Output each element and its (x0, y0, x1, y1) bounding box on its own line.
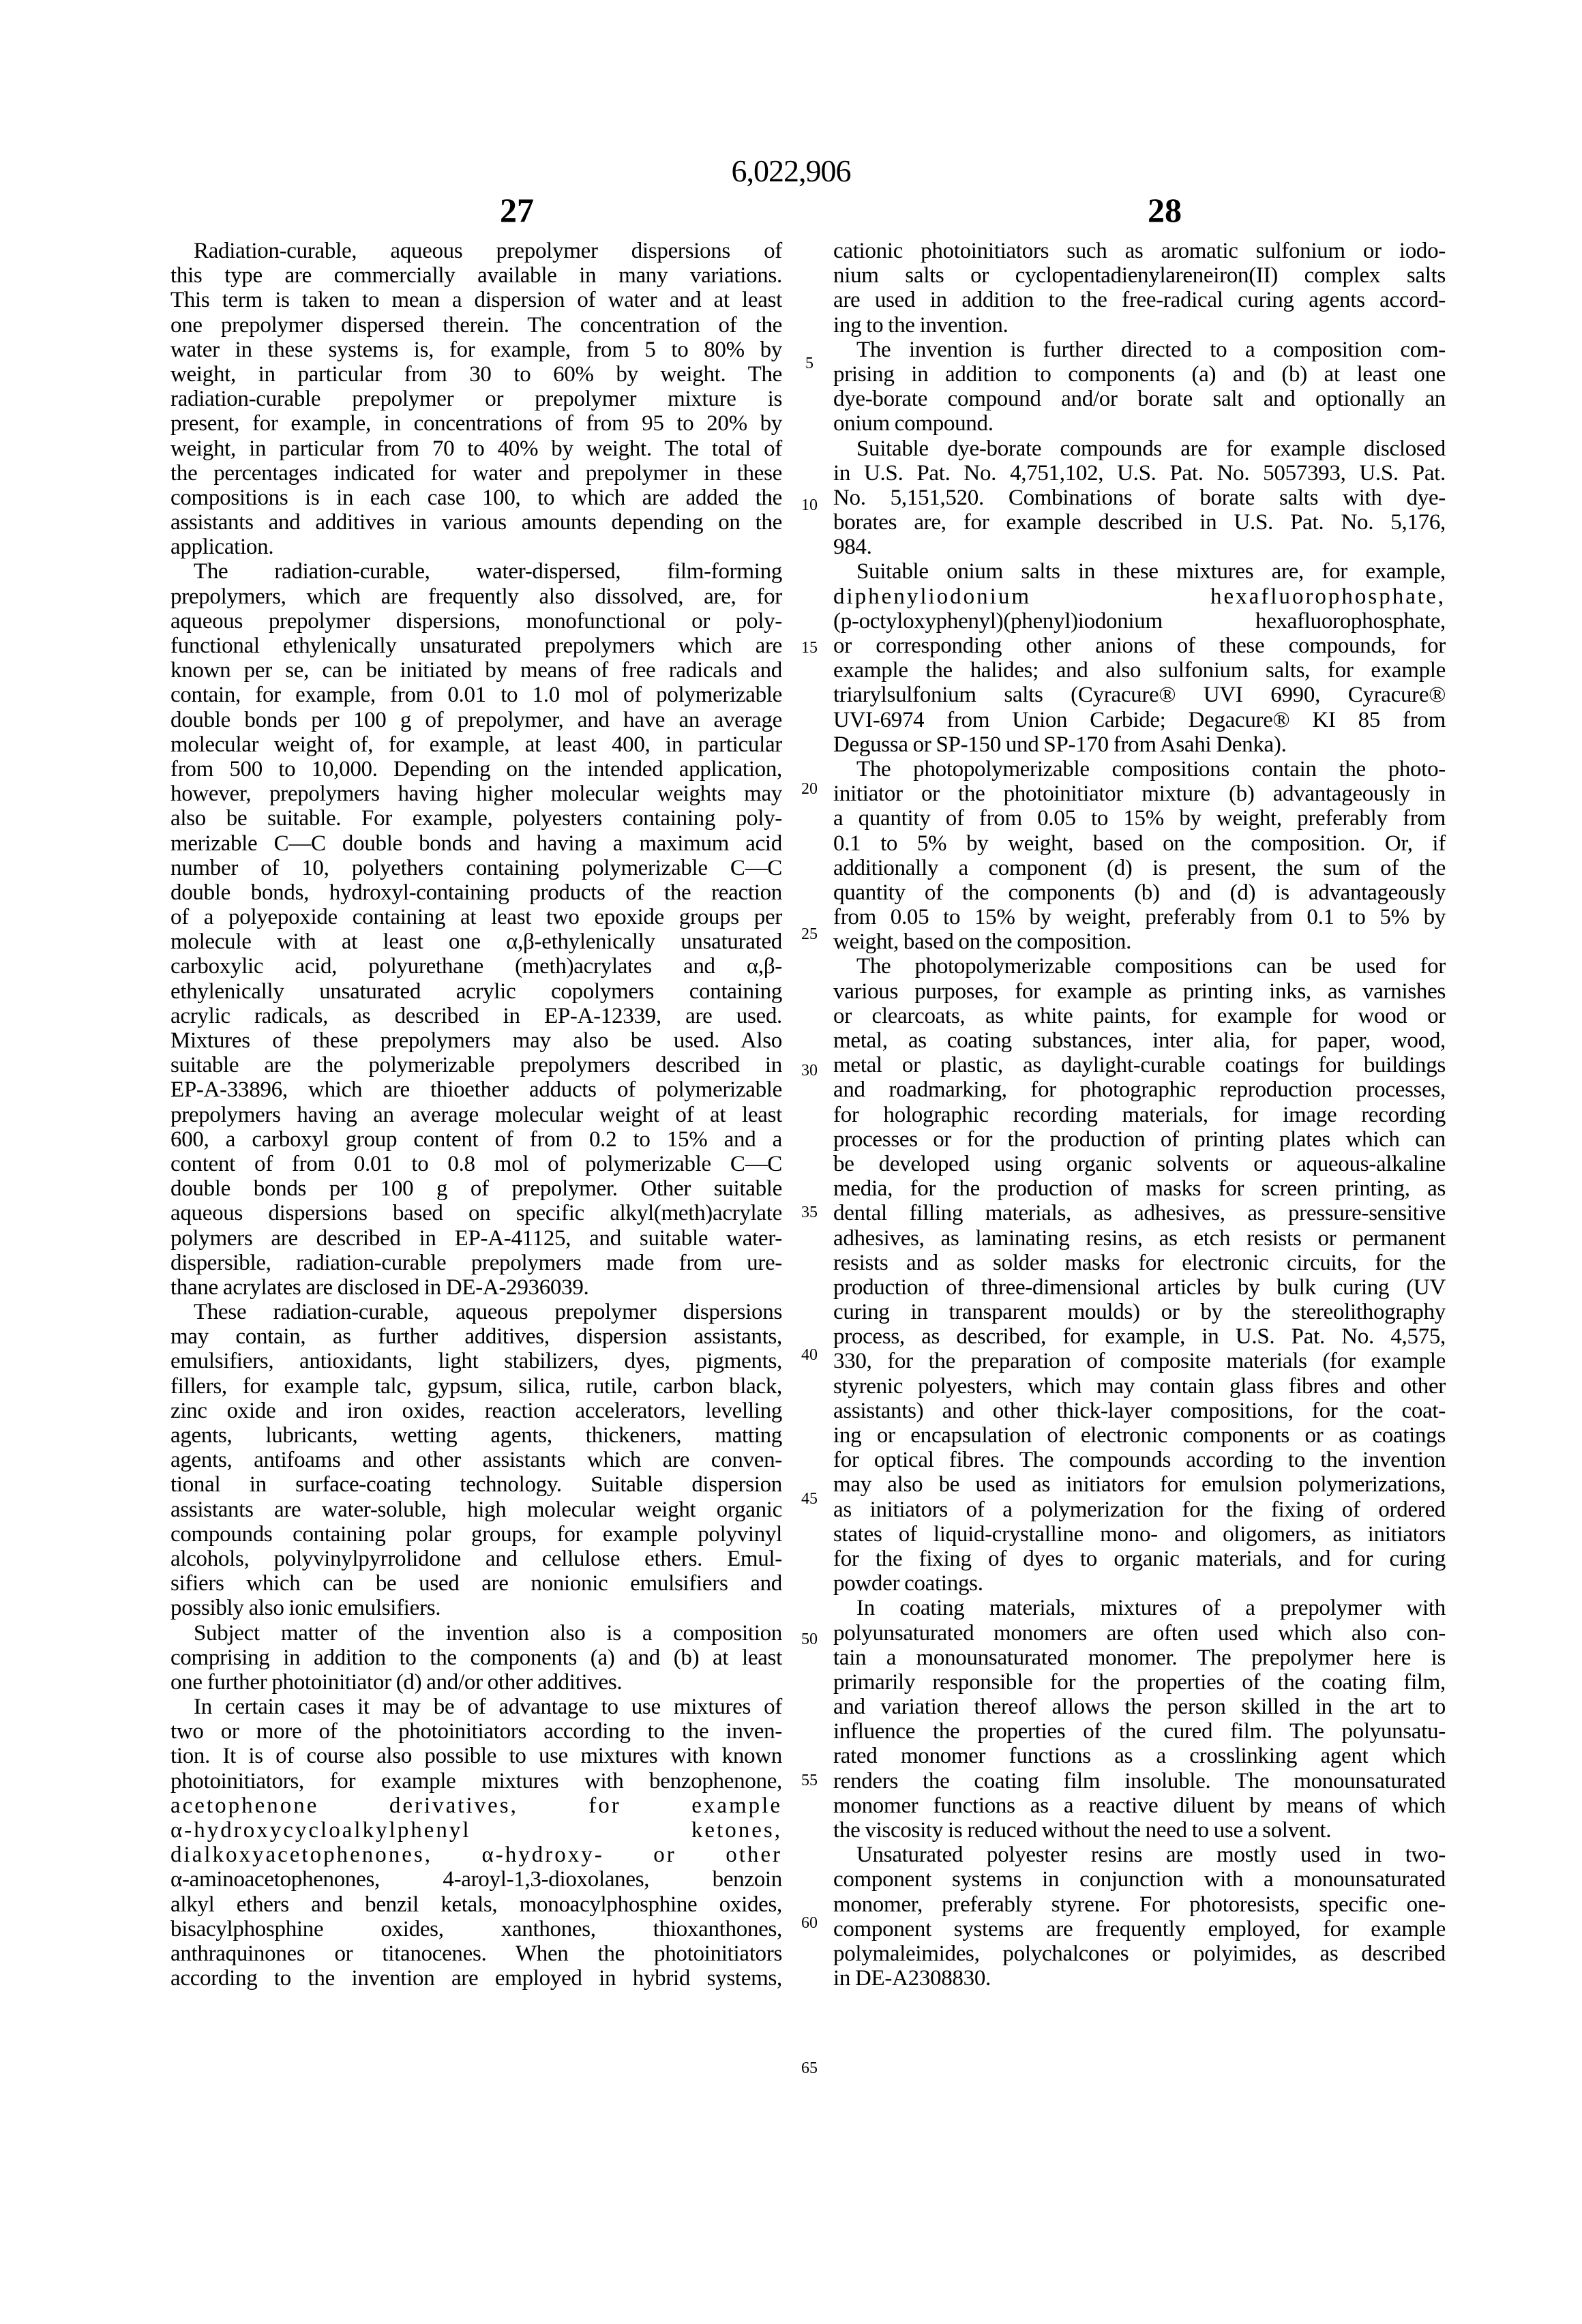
text-line: merizable C—C double bonds and having a … (170, 831, 782, 856)
text-line: a quantity of from 0.05 to 15% by weight… (833, 806, 1446, 831)
text-line: also be suitable. For example, polyester… (170, 806, 782, 831)
text-line: acrylic radicals, as described in EP-A-1… (170, 1004, 782, 1028)
text-line: agents, lubricants, wetting agents, thic… (170, 1423, 782, 1448)
text-line: one prepolymer dispersed therein. The co… (170, 313, 782, 338)
text-line: comprising in addition to the components… (170, 1645, 782, 1670)
text-line: functional ethylenically unsaturated pre… (170, 634, 782, 658)
text-line: polymers are described in EP-A-41125, an… (170, 1226, 782, 1251)
text-line: weight, in particular from 30 to 60% by … (170, 362, 782, 387)
text-line: compositions is in each case 100, to whi… (170, 486, 782, 510)
text-line: for holographic recording materials, for… (833, 1103, 1446, 1127)
text-line: and variation thereof allows the person … (833, 1695, 1446, 1719)
line-number: 50 (792, 1631, 826, 1648)
text-line: dispersible, radiation-curable prepolyme… (170, 1251, 782, 1275)
line-number: 40 (792, 1347, 826, 1363)
text-line: example the halides; and also sulfonium … (833, 658, 1446, 683)
column-number-right: 28 (1096, 192, 1233, 228)
text-line: anthraquinones or titanocenes. When the … (170, 1941, 782, 1966)
text-line: possibly also ionic emulsifiers. (170, 1596, 782, 1620)
text-line: as initiators of a polymerization for th… (833, 1498, 1446, 1522)
text-line: prepolymers, which are frequently also d… (170, 584, 782, 609)
text-line: water in these systems is, for example, … (170, 338, 782, 362)
line-number: 25 (792, 926, 826, 942)
text-line: monomer, preferably styrene. For photore… (833, 1892, 1446, 1917)
text-line: α-aminoacetophenones, 4-aroyl-1,3-dioxol… (170, 1867, 782, 1892)
text-line: and roadmarking, for photographic reprod… (833, 1077, 1446, 1102)
text-line: ing or encapsulation of electronic compo… (833, 1423, 1446, 1448)
text-line: or corresponding other anions of these c… (833, 634, 1446, 658)
text-line: however, prepolymers having higher molec… (170, 781, 782, 806)
text-line: this type are commercially available in … (170, 263, 782, 288)
text-line: cationic photoinitiators such as aromati… (833, 239, 1446, 263)
text-line: tional in surface-coating technology. Su… (170, 1472, 782, 1497)
text-line: double bonds per 100 g of prepolymer. Ot… (170, 1176, 782, 1201)
text-line: rated monomer functions as a crosslinkin… (833, 1744, 1446, 1768)
text-line: for the fixing of dyes to organic materi… (833, 1547, 1446, 1571)
text-line: number of 10, polyethers containing poly… (170, 856, 782, 880)
text-line: aqueous dispersions based on specific al… (170, 1201, 782, 1225)
text-line: molecule with at least one α,β-ethylenic… (170, 929, 782, 954)
text-line: zinc oxide and iron oxides, reaction acc… (170, 1399, 782, 1423)
column-number-left: 27 (449, 192, 585, 228)
text-line: carboxylic acid, polyurethane (meth)acry… (170, 954, 782, 979)
text-line: Unsaturated polyester resins are mostly … (833, 1843, 1446, 1867)
text-line: assistants and additives in various amou… (170, 510, 782, 535)
text-line: production of three-dimensional articles… (833, 1275, 1446, 1300)
text-line: double bonds per 100 g of prepolymer, an… (170, 708, 782, 732)
text-line: This term is taken to mean a dispersion … (170, 288, 782, 312)
text-line: 0.1 to 5% by weight, based on the compos… (833, 831, 1446, 856)
patent-number: 6,022,906 (0, 154, 1582, 188)
right-text-column: cationic photoinitiators such as aromati… (833, 239, 1446, 1991)
text-line: emulsifiers, antioxidants, light stabili… (170, 1349, 782, 1373)
line-number: 15 (792, 640, 826, 656)
text-line: 984. (833, 535, 1446, 559)
text-line: Suitable onium salts in these mixtures a… (833, 559, 1446, 584)
text-line: the viscosity is reduced without the nee… (833, 1818, 1446, 1843)
text-line: sifiers which can be used are nonionic e… (170, 1571, 782, 1596)
text-line: dental filling materials, as adhesives, … (833, 1201, 1446, 1225)
line-number: 45 (792, 1491, 826, 1507)
text-line: dye-borate compound and/or borate salt a… (833, 387, 1446, 411)
text-line: tain a monounsaturated monomer. The prep… (833, 1645, 1446, 1670)
text-line: two or more of the photoinitiators accor… (170, 1719, 782, 1744)
text-line: the percentages indicated for water and … (170, 461, 782, 486)
text-line: various purposes, for example as printin… (833, 979, 1446, 1004)
line-number: 10 (792, 497, 826, 513)
text-line: In certain cases it may be of advantage … (170, 1695, 782, 1719)
text-line: metal, as coating substances, inter alia… (833, 1028, 1446, 1053)
text-line: radiation-curable prepolymer or prepolym… (170, 387, 782, 411)
text-line: component systems are frequently employe… (833, 1917, 1446, 1941)
text-line: application. (170, 535, 782, 559)
text-line: fillers, for example talc, gypsum, silic… (170, 1374, 782, 1399)
text-line: from 500 to 10,000. Depending on the int… (170, 757, 782, 781)
line-number: 35 (792, 1204, 826, 1221)
text-line: process, as described, for example, in U… (833, 1324, 1446, 1349)
text-line: EP-A-33896, which are thioether adducts … (170, 1077, 782, 1102)
text-line: nium salts or cyclopentadienylareneiron(… (833, 263, 1446, 288)
text-line: bisacylphosphine oxides, xanthones, thio… (170, 1917, 782, 1941)
text-line: in DE-A2308830. (833, 1966, 1446, 1991)
text-line: adhesives, as laminating resins, as etch… (833, 1226, 1446, 1251)
left-text-column: Radiation-curable, aqueous prepolymer di… (170, 239, 782, 1991)
text-line: diphenyliodonium hexafluorophosphate, (833, 584, 1446, 609)
text-line: media, for the production of masks for s… (833, 1176, 1446, 1201)
text-line: 600, a carboxyl group content of from 0.… (170, 1127, 782, 1152)
text-line: processes or for the production of print… (833, 1127, 1446, 1152)
text-line: alcohols, polyvinylpyrrolidone and cellu… (170, 1547, 782, 1571)
text-line: The invention is further directed to a c… (833, 338, 1446, 362)
line-number: 65 (792, 2060, 826, 2076)
text-line: metal or plastic, as daylight-curable co… (833, 1053, 1446, 1077)
text-line: may contain, as further additives, dispe… (170, 1324, 782, 1349)
text-line: resists and as solder masks for electron… (833, 1251, 1446, 1275)
text-line: content of from 0.01 to 0.8 mol of polym… (170, 1152, 782, 1176)
text-line: present, for example, in concentrations … (170, 411, 782, 436)
text-line: prising in addition to components (a) an… (833, 362, 1446, 387)
text-line: or clearcoats, as white paints, for exam… (833, 1004, 1446, 1028)
text-line: compounds containing polar groups, for e… (170, 1522, 782, 1547)
text-line: prepolymers having an average molecular … (170, 1103, 782, 1127)
text-line: contain, for example, from 0.01 to 1.0 m… (170, 683, 782, 707)
text-line: component systems in conjunction with a … (833, 1867, 1446, 1892)
text-line: states of liquid-crystalline mono- and o… (833, 1522, 1446, 1547)
text-line: styrenic polyesters, which may contain g… (833, 1374, 1446, 1399)
text-line: according to the invention are employed … (170, 1966, 782, 1991)
text-line: aqueous prepolymer dispersions, monofunc… (170, 609, 782, 634)
text-line: The radiation-curable, water-dispersed, … (170, 559, 782, 584)
text-line: These radiation-curable, aqueous prepoly… (170, 1300, 782, 1324)
text-line: photoinitiators, for example mixtures wi… (170, 1769, 782, 1793)
text-line: known per se, can be initiated by means … (170, 658, 782, 683)
text-line: weight, based on the composition. (833, 929, 1446, 954)
text-line: Subject matter of the invention also is … (170, 1621, 782, 1645)
text-line: initiator or the photoinitiator mixture … (833, 781, 1446, 806)
text-line: The photopolymerizable compositions cont… (833, 757, 1446, 781)
text-line: The photopolymerizable compositions can … (833, 954, 1446, 979)
text-line: from 0.05 to 15% by weight, preferably f… (833, 905, 1446, 929)
text-line: additionally a component (d) is present,… (833, 856, 1446, 880)
text-line: primarily responsible for the properties… (833, 1670, 1446, 1695)
text-line: quantity of the components (b) and (d) i… (833, 880, 1446, 905)
text-line: borates are, for example described in U.… (833, 510, 1446, 535)
text-line: Radiation-curable, aqueous prepolymer di… (170, 239, 782, 263)
text-line: In coating materials, mixtures of a prep… (833, 1596, 1446, 1620)
text-line: one further photoinitiator (d) and/or ot… (170, 1670, 782, 1695)
line-number: 30 (792, 1062, 826, 1079)
text-line: dialkoxyacetophenones, α-hydroxy- or oth… (170, 1843, 782, 1867)
text-line: (p-octyloxyphenyl)(phenyl)iodonium hexaf… (833, 609, 1446, 634)
text-line: for optical fibres. The compounds accord… (833, 1448, 1446, 1472)
text-line: ethylenically unsaturated acrylic copoly… (170, 979, 782, 1004)
text-line: are used in addition to the free-radical… (833, 288, 1446, 312)
text-line: acetophenone derivatives, for example (170, 1793, 782, 1818)
text-line: thane acrylates are disclosed in DE-A-29… (170, 1275, 782, 1300)
text-line: assistants) and other thick-layer compos… (833, 1399, 1446, 1423)
text-line: Degussa or SP-150 und SP-170 from Asahi … (833, 732, 1446, 757)
text-line: alkyl ethers and benzil ketals, monoacyl… (170, 1892, 782, 1917)
text-line: weight, in particular from 70 to 40% by … (170, 436, 782, 461)
text-line: curing in transparent moulds) or by the … (833, 1300, 1446, 1324)
text-line: triarylsulfonium salts (Cyracure® UVI 69… (833, 683, 1446, 707)
text-line: renders the coating film insoluble. The … (833, 1769, 1446, 1793)
text-line: ing to the invention. (833, 313, 1446, 338)
text-line: onium compound. (833, 411, 1446, 436)
line-number: 5 (792, 355, 826, 372)
text-line: No. 5,151,520. Combinations of borate sa… (833, 486, 1446, 510)
text-line: suitable are the polymerizable prepolyme… (170, 1053, 782, 1077)
line-number: 20 (792, 781, 826, 797)
text-line: tion. It is of course also possible to u… (170, 1744, 782, 1768)
text-line: Mixtures of these prepolymers may also b… (170, 1028, 782, 1053)
text-line: polymaleimides, polychalcones or polyimi… (833, 1941, 1446, 1966)
text-line: double bonds, hydroxyl-containing produc… (170, 880, 782, 905)
text-line: UVI-6974 from Union Carbide; Degacure® K… (833, 708, 1446, 732)
text-line: assistants are water-soluble, high molec… (170, 1498, 782, 1522)
line-number: 60 (792, 1915, 826, 1931)
text-line: 330, for the preparation of composite ma… (833, 1349, 1446, 1373)
text-line: may also be used as initiators for emuls… (833, 1472, 1446, 1497)
text-line: molecular weight of, for example, at lea… (170, 732, 782, 757)
text-line: influence the properties of the cured fi… (833, 1719, 1446, 1744)
text-line: monomer functions as a reactive diluent … (833, 1793, 1446, 1818)
line-number: 55 (792, 1772, 826, 1789)
text-line: powder coatings. (833, 1571, 1446, 1596)
text-line: α-hydroxycycloalkylphenyl ketones, (170, 1818, 782, 1843)
text-line: in U.S. Pat. No. 4,751,102, U.S. Pat. No… (833, 461, 1446, 486)
text-line: of a polyepoxide containing at least two… (170, 905, 782, 929)
text-line: agents, antifoams and other assistants w… (170, 1448, 782, 1472)
text-line: polyunsaturated monomers are often used … (833, 1621, 1446, 1645)
text-line: be developed using organic solvents or a… (833, 1152, 1446, 1176)
text-line: Suitable dye-borate compounds are for ex… (833, 436, 1446, 461)
